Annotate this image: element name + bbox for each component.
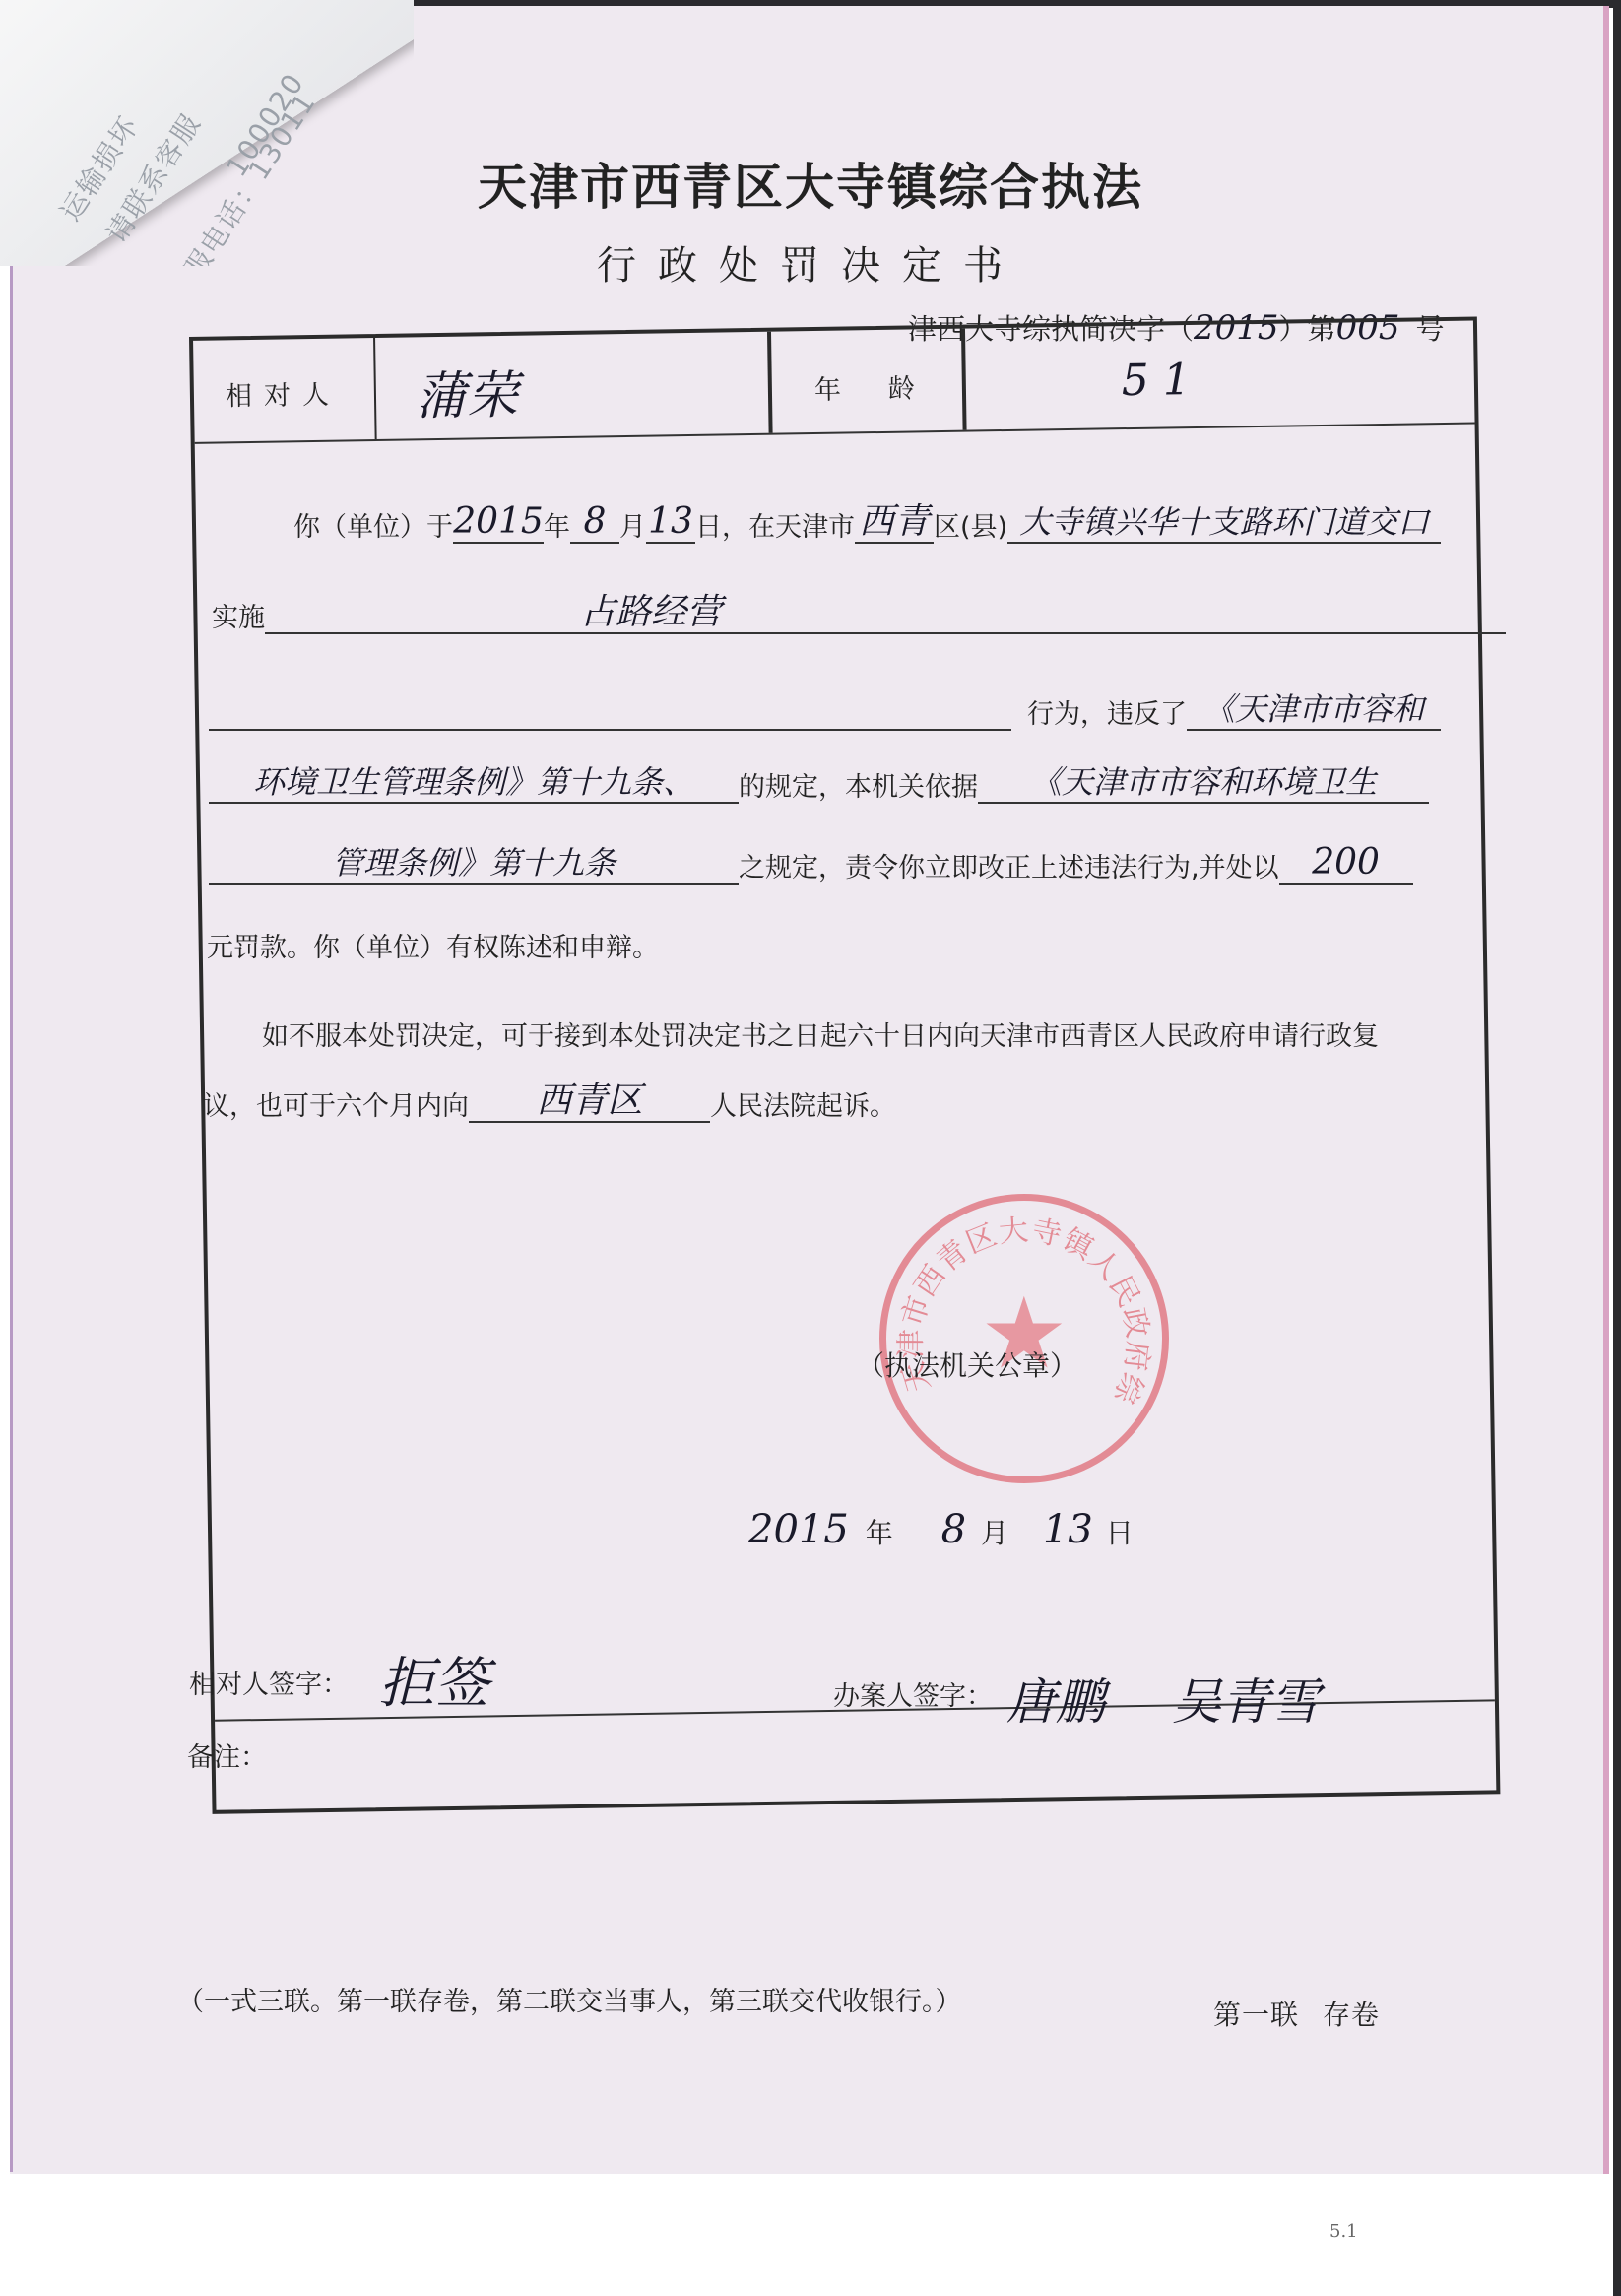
text: 议，也可于六个月内向 — [203, 1091, 469, 1122]
corner-handwritten-mark: 5.1 — [1329, 2221, 1358, 2242]
document-title: 天津市西青区大寺镇综合执法 — [0, 148, 1621, 219]
day-field: 13 — [646, 502, 695, 544]
text: 的规定，本机关依据 — [739, 772, 978, 803]
violated-law-field-continued: 环境卫生管理条例》第十九条、 — [209, 762, 739, 804]
text: 年 — [866, 1517, 893, 1549]
basis-law-field: 《天津市市容和环境卫生 — [978, 762, 1429, 804]
date-day: 13 — [1043, 1507, 1093, 1552]
officer-signature-label: 办案人签字： — [833, 1674, 993, 1713]
page-left-edge — [10, 231, 13, 2172]
body-line-2: 实施占路经营 — [212, 593, 1506, 634]
text: 行为，违反了 — [1027, 699, 1187, 730]
copies-note: （一式三联。第一联存卷，第二联交当事人，第三联交代收银行。） — [177, 1980, 962, 2018]
officer-signature-1: 唐鹏 — [1006, 1663, 1105, 1734]
age-label: 年龄 — [814, 366, 963, 407]
text: 实施 — [212, 603, 265, 633]
text: 日 — [1106, 1517, 1134, 1549]
copy-designation: 第一联存卷 — [1213, 1994, 1380, 2033]
column-divider — [767, 332, 773, 433]
text: 月 — [619, 512, 646, 543]
body-line-1: 你（单位）于2015年8月13日，在天津市西青区(县)大寺镇兴华十支路环门道交口 — [293, 502, 1441, 544]
location-field: 大寺镇兴华十支路环门道交口 — [1007, 502, 1441, 544]
party-signature-value: 拒签 — [379, 1640, 489, 1719]
text: 年 — [544, 512, 570, 543]
fine-amount-field: 200 — [1279, 843, 1413, 885]
party-name-value: 蒲荣 — [415, 354, 518, 429]
district-field: 西青 — [855, 502, 934, 544]
body-line-4: 环境卫生管理条例》第十九条、的规定，本机关依据《天津市市容和环境卫生 — [209, 762, 1429, 804]
body-line-5: 管理条例》第十九条之规定，责令你立即改正上述违法行为,并处以200 — [209, 843, 1413, 885]
row-divider — [195, 423, 1475, 444]
age-value: 51 — [1121, 355, 1204, 406]
text: 人民法院起诉。 — [710, 1091, 896, 1122]
seal-caption: （执法机关公章） — [857, 1345, 1077, 1384]
court-field: 西青区 — [469, 1082, 710, 1123]
act-field: 占路经营 — [265, 593, 1506, 634]
official-seal: ★ 天津市西青区大寺镇人民政府综合执法专用章 — [879, 1194, 1169, 1483]
appeal-line-2: 议，也可于六个月内向西青区人民法院起诉。 — [203, 1082, 896, 1123]
date-month: 8 — [941, 1507, 966, 1552]
decision-date: 2015 年 8 月 13 日 — [748, 1507, 1134, 1552]
appeal-line-1: 如不服本处罚决定，可于接到本处罚决定书之日起六十日内向天津市西青区人民政府申请行… — [262, 1015, 1379, 1053]
document-subtitle: 行政处罚决定书 — [0, 234, 1621, 291]
date-year: 2015 — [748, 1507, 849, 1552]
act-field-continued — [209, 729, 1011, 731]
copy-use: 存卷 — [1323, 1999, 1380, 2031]
month-field: 8 — [570, 502, 619, 544]
party-name-label: 相对人 — [226, 373, 342, 414]
text: 月 — [981, 1517, 1008, 1549]
seal-ring-text: 天津市西青区大寺镇人民政府综合执法专用章 — [886, 1201, 1162, 1476]
scanner-edge-right — [1613, 0, 1621, 2296]
text: 日，在天津市 — [695, 512, 855, 543]
folded-label-flap: 运输损坏 请联系客服 客服电话：13011 100020 — [0, 0, 414, 266]
officer-signature-2: 吴青雪 — [1172, 1663, 1320, 1734]
text: 之规定，责令你立即改正上述违法行为,并处以 — [739, 853, 1279, 884]
remarks-label: 备注： — [187, 1736, 267, 1774]
body-line-3: 行为，违反了《天津市市容和 — [209, 689, 1441, 731]
basis-law-field-continued: 管理条例》第十九条 — [209, 843, 739, 885]
party-signature-label: 相对人签字： — [189, 1663, 349, 1701]
year-field: 2015 — [453, 502, 544, 544]
column-divider — [373, 338, 377, 439]
column-divider — [961, 329, 967, 430]
text: 区(县) — [934, 512, 1007, 543]
copy-label: 第一联 — [1213, 1999, 1299, 2031]
violated-law-field: 《天津市市容和 — [1187, 689, 1441, 731]
body-line-6: 元罚款。你（单位）有权陈述和申辩。 — [207, 926, 659, 964]
text: 你（单位）于 — [293, 512, 453, 543]
